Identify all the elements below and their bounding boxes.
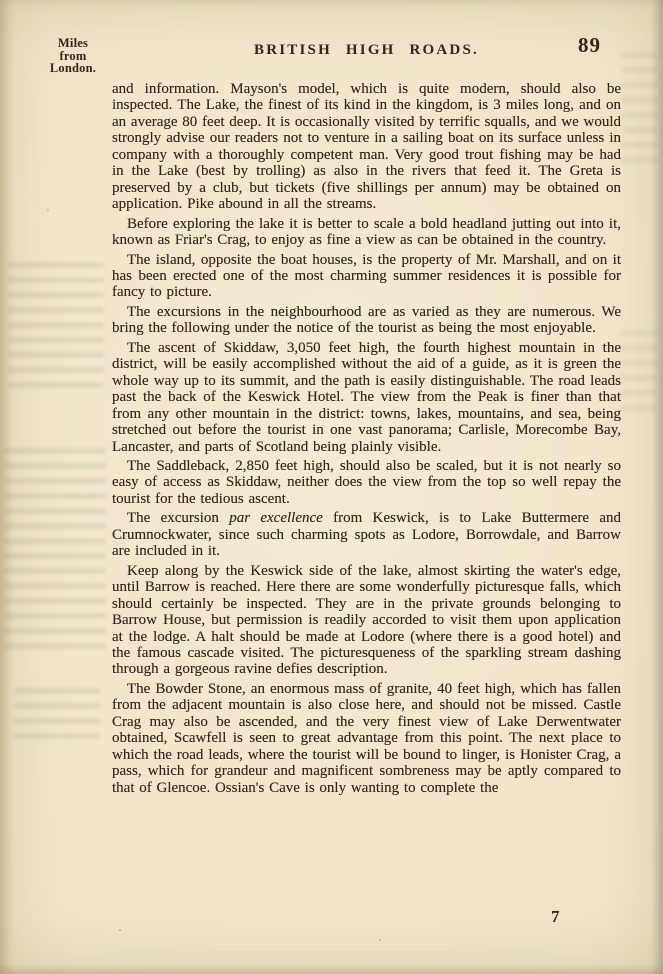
paragraph-6: The Saddleback, 2,850 feet high, should … [112,458,621,507]
page-body: and information. Mayson's model, which i… [112,81,621,799]
page-bottom-edge-shadow [0,964,663,974]
signature-mark: 7 [551,907,560,927]
reverse-side-bleed-through [622,52,658,172]
paragraph-5: The ascent of Skiddaw, 3,050 feet high, … [112,340,621,455]
running-title: BRITISH HIGH ROADS. [112,42,621,59]
paragraph-7-italic-phrase: par excellence [229,510,323,526]
book-page: Miles from London. BRITISH HIGH ROADS. 8… [0,0,663,974]
page-left-edge-shadow [0,0,14,974]
margin-note-line: London. [36,62,110,75]
reverse-side-bleed-through [4,448,106,658]
paragraph-7: The excursion par excellence from Keswic… [112,510,621,559]
paragraph-4: The excursions in the neighbourhood are … [112,304,621,337]
margin-note-line: Miles [36,37,110,50]
margin-note-miles-from-london: Miles from London. [36,37,110,75]
paragraph-2: Before exploring the lake it is better t… [112,216,621,249]
paragraph-9: The Bowder Stone, an enormous mass of gr… [112,681,621,796]
reverse-side-bleed-through [14,688,100,744]
reverse-side-bleed-through [8,262,104,392]
paragraph-1: and information. Mayson's model, which i… [112,81,621,213]
paragraph-8: Keep along by the Keswick side of the la… [112,563,621,678]
paragraph-7-text: The excursion [127,510,229,526]
page-right-edge-shadow [651,0,663,974]
page-number: 89 [578,33,601,58]
reverse-side-bleed-through [620,330,658,420]
paragraph-3: The island, opposite the boat houses, is… [112,252,621,301]
